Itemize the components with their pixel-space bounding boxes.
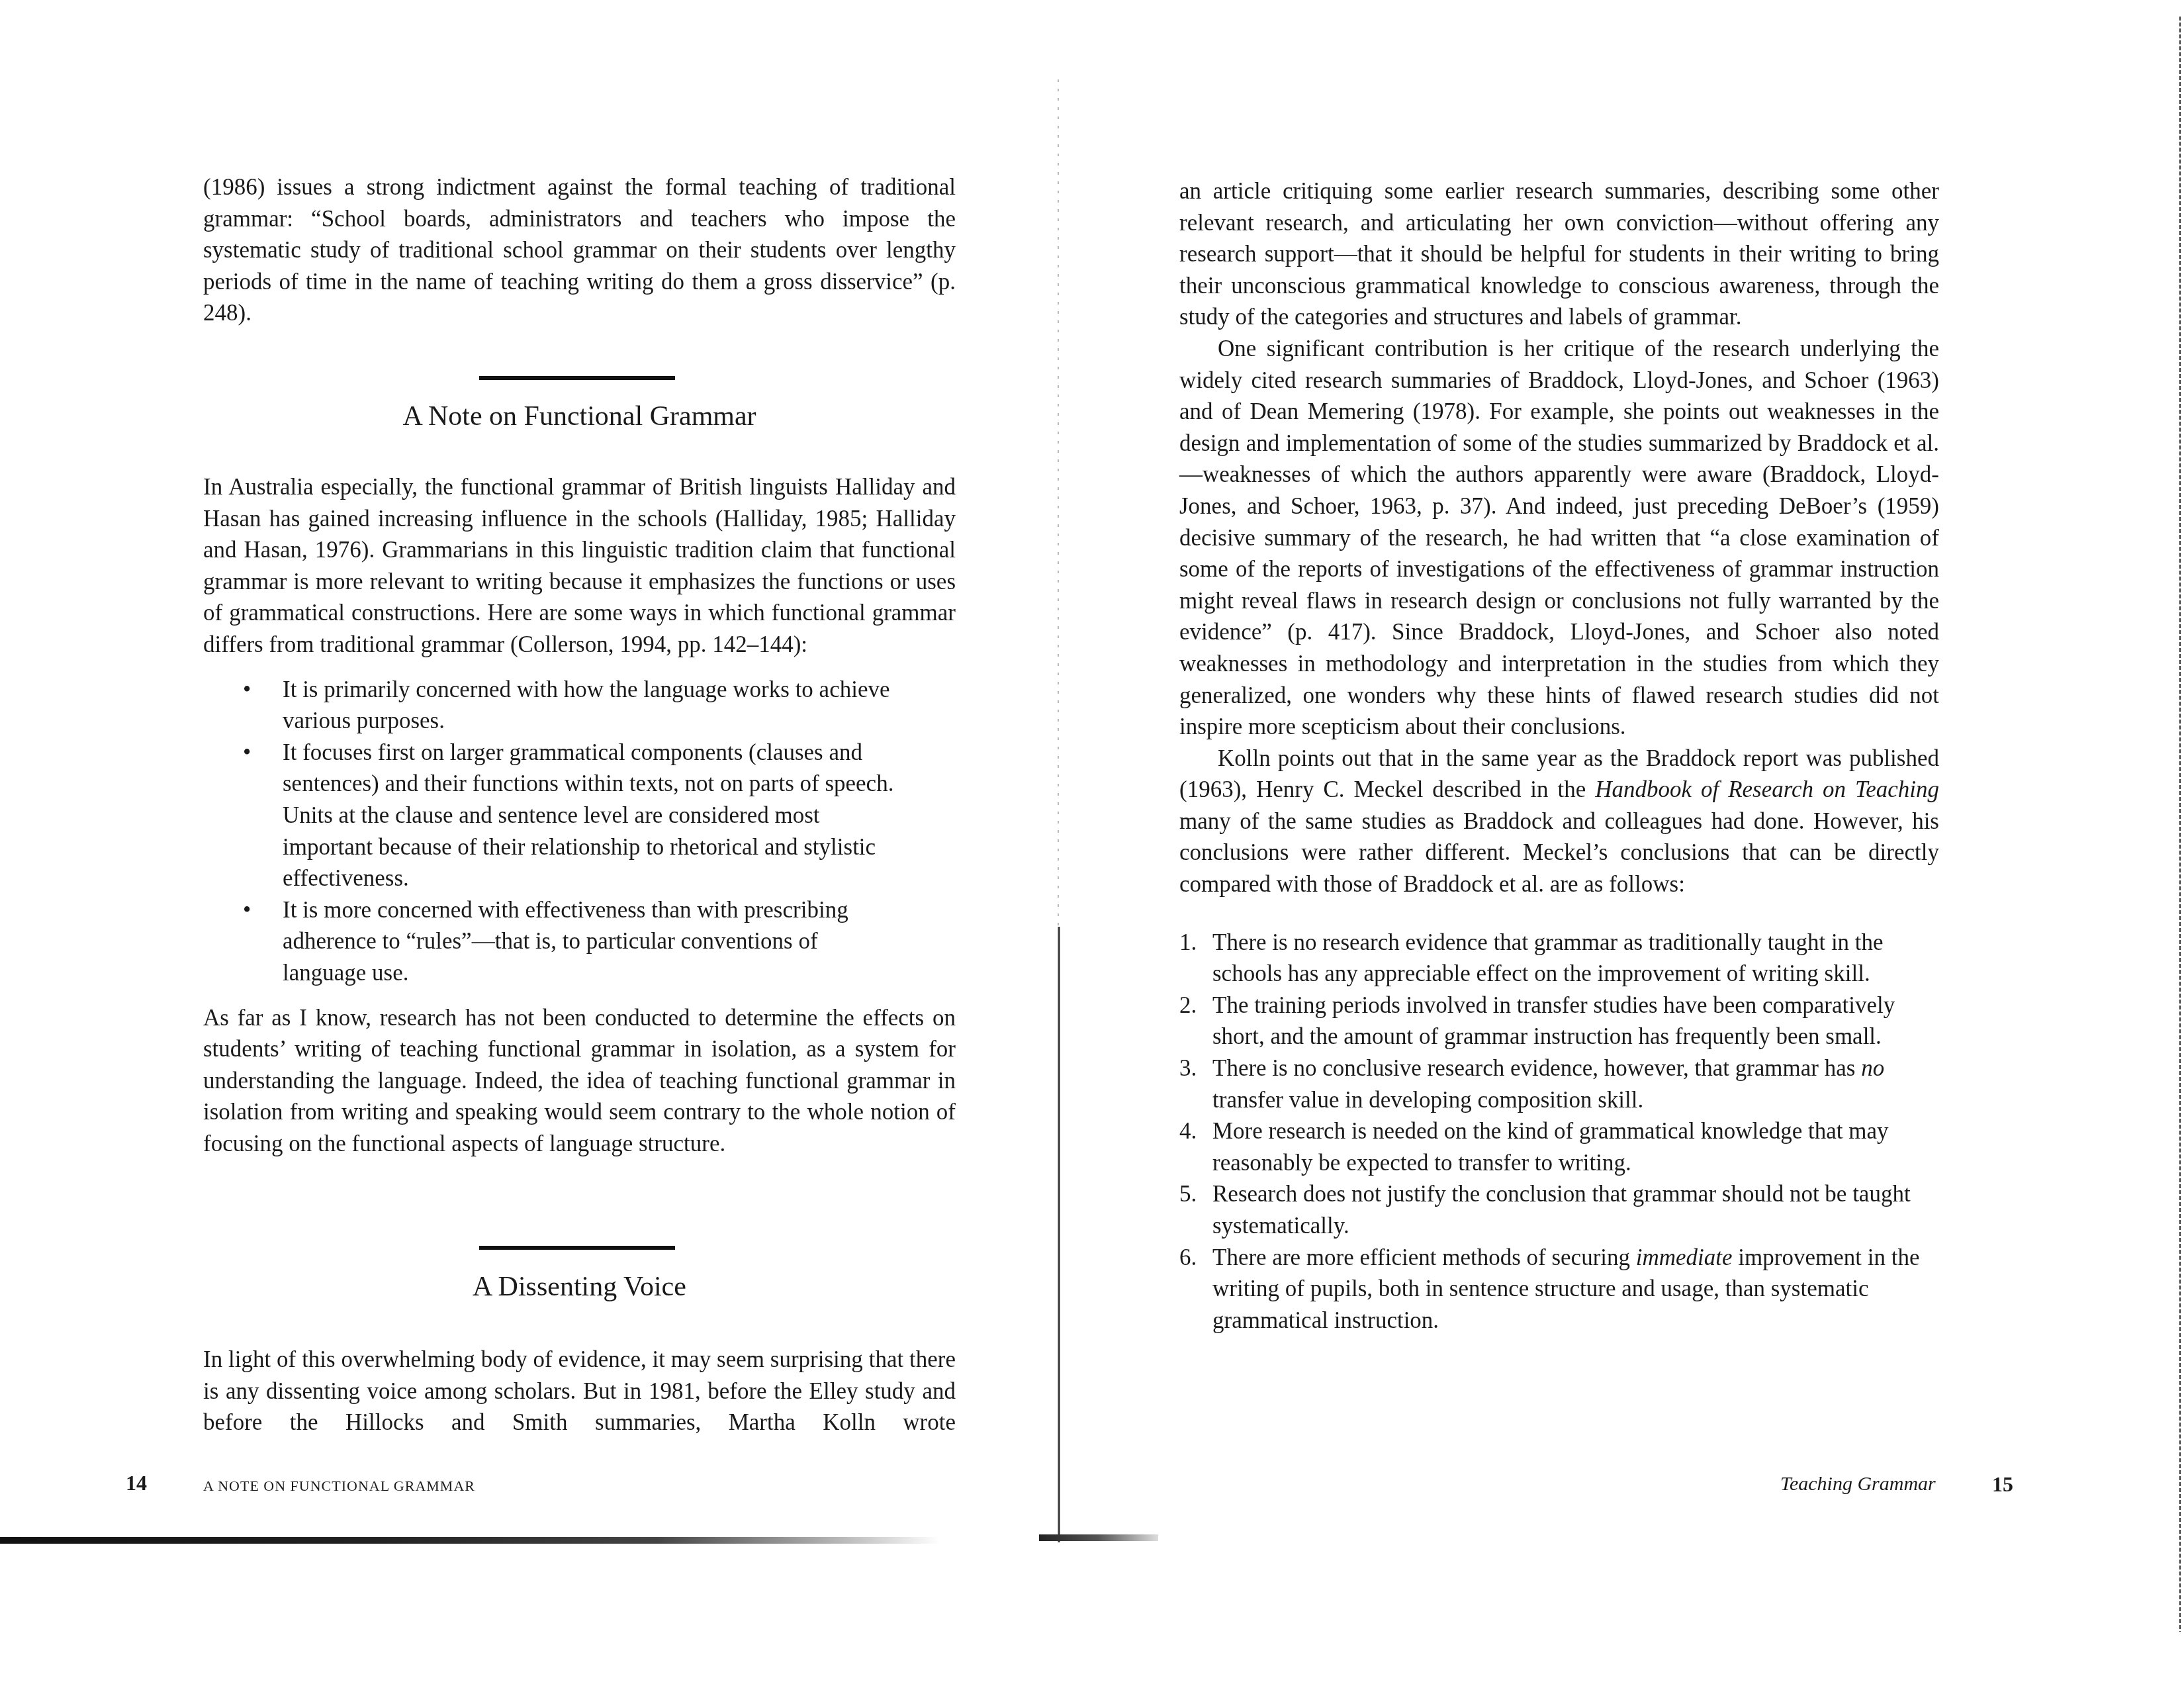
dissenting-voice-section: In light of this overwhelming body of ev… [203,1344,956,1438]
left-opening-text: (1986) issues a strong indictment agains… [203,171,956,329]
running-head-right: Teaching Grammar [1780,1473,1936,1495]
critique-paragraph: One significant contribution is her crit… [1179,333,1939,743]
functional-grammar-closing: As far as I know, research has not been … [203,1002,956,1160]
item-number: 1. [1179,927,1197,959]
item-text: More research is needed on the kind of g… [1212,1118,1888,1176]
conclusion-item: 5.Research does not justify the conclusi… [1179,1178,1927,1241]
gutter-shadow [1058,79,1059,927]
item-text: Research does not justify the conclusion… [1212,1181,1911,1239]
conclusion-item: 3.There is no conclusive research eviden… [1179,1053,1927,1115]
item-emphasis: immediate [1636,1244,1733,1270]
page-number-right: 15 [1992,1472,2013,1497]
dissenting-voice-paragraph: In light of this overwhelming body of ev… [203,1344,956,1438]
meckel-paragraph: Kolln points out that in the same year a… [1179,743,1939,900]
conclusion-item: 1.There is no research evidence that gra… [1179,927,1927,990]
opening-paragraph: (1986) issues a strong indictment agains… [203,171,956,329]
item-number: 2. [1179,990,1197,1021]
item-text: There is no research evidence that gramm… [1212,929,1884,987]
section-rule [479,1246,675,1250]
running-head-left: A NOTE ON FUNCTIONAL GRAMMAR [203,1477,475,1495]
item-number: 6. [1179,1242,1197,1274]
scan-bottom-edge [0,1537,940,1544]
section-heading-dissenting-voice: A Dissenting Voice [203,1271,956,1303]
item-emphasis: no [1861,1055,1884,1081]
bullet-item: It is more concerned with effectiveness … [243,894,905,989]
conclusion-item: 6.There are more efficient methods of se… [1179,1242,1927,1336]
conclusion-item: 4.More research is needed on the kind of… [1179,1115,1927,1178]
section-heading-functional-grammar: A Note on Functional Grammar [203,400,956,432]
conclusion-item: 2.The training periods involved in trans… [1179,990,1927,1053]
item-text: There is no conclusive research evidence… [1212,1055,1861,1081]
item-text: transfer value in developing composition… [1212,1087,1643,1113]
meckel-conclusions-list: 1.There is no research evidence that gra… [1179,927,1927,1336]
item-text: There are more efficient methods of secu… [1212,1244,1636,1270]
item-number: 4. [1179,1115,1197,1147]
book-spine [1058,927,1060,1542]
section-rule [479,376,675,380]
functional-grammar-section: In Australia especially, the functional … [203,471,956,1159]
meckel-text-2: many of the same studies as Braddock and… [1179,808,1939,897]
scan-right-edge [2179,17,2181,1632]
bullet-item: It focuses first on larger grammatical c… [243,737,905,894]
functional-grammar-bullets: It is primarily concerned with how the l… [243,674,905,989]
handbook-title: Handbook of Research on Teaching [1595,776,1939,802]
right-column: an article critiquing some earlier resea… [1179,175,1939,1336]
functional-grammar-intro: In Australia especially, the functional … [203,471,956,661]
item-text: The training periods involved in transfe… [1212,992,1895,1050]
kolln-article-paragraph: an article critiquing some earlier resea… [1179,175,1939,333]
bullet-item: It is primarily concerned with how the l… [243,674,905,737]
item-number: 5. [1179,1178,1197,1210]
item-number: 3. [1179,1053,1197,1084]
page-number-left: 14 [126,1471,147,1495]
book-spine-foot [1039,1534,1158,1541]
